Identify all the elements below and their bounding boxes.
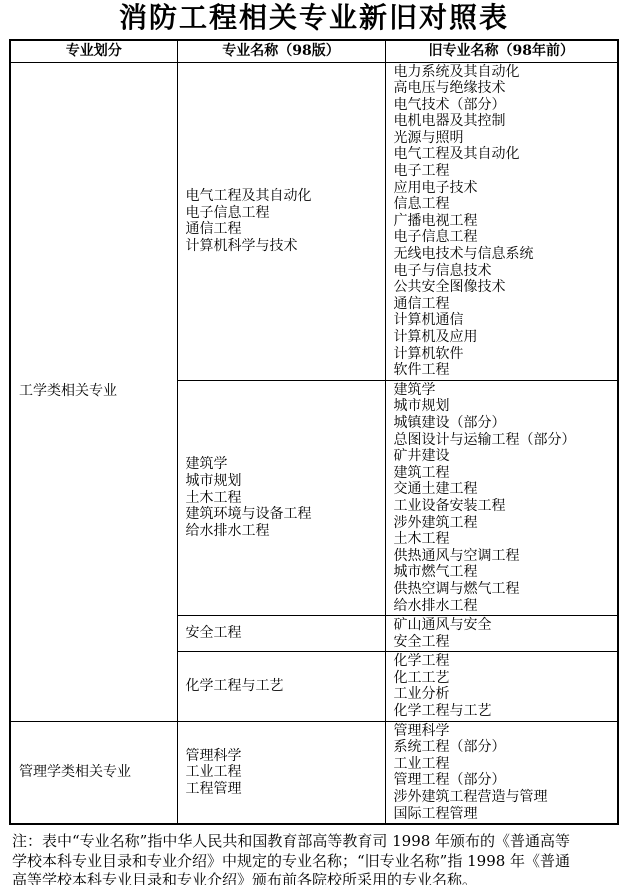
table-row: 管理学类相关专业 管理科学 工业工程 工程管理 管理科学 系统工程（部分） 工业… xyxy=(10,721,618,824)
majors-comparison-table: 专业划分 专业名称（98版） 旧专业名称（98年前） 工学类相关专业 电气工程及… xyxy=(9,39,619,825)
header-old-major-name: 旧专业名称（98年前） xyxy=(385,40,618,62)
table-row: 工学类相关专业 电气工程及其自动化 电子信息工程 通信工程 计算机科学与技术 电… xyxy=(10,62,618,380)
division-cell-management: 管理学类相关专业 xyxy=(10,721,177,824)
majors-cell: 电气工程及其自动化 电子信息工程 通信工程 计算机科学与技术 xyxy=(177,62,385,380)
old-majors-cell: 矿山通风与安全 安全工程 xyxy=(385,616,618,652)
header-major-name-98: 专业名称（98版） xyxy=(177,40,385,62)
majors-cell: 管理科学 工业工程 工程管理 xyxy=(177,721,385,824)
footnote: 注：表中“专业名称”指中华人民共和国教育部高等教育司 1998 年颁布的《普通高… xyxy=(12,832,616,885)
old-majors-cell: 管理科学 系统工程（部分） 工业工程 管理工程（部分） 涉外建筑工程营造与管理 … xyxy=(385,721,618,824)
division-cell-engineering: 工学类相关专业 xyxy=(10,62,177,721)
table-header: 专业划分 专业名称（98版） 旧专业名称（98年前） xyxy=(10,40,618,62)
majors-cell: 建筑学 城市规划 土木工程 建筑环境与设备工程 给水排水工程 xyxy=(177,380,385,615)
old-majors-cell: 化学工程 化工工艺 工业分析 化学工程与工艺 xyxy=(385,652,618,721)
header-division: 专业划分 xyxy=(10,40,177,62)
majors-cell: 安全工程 xyxy=(177,616,385,652)
old-majors-cell: 电力系统及其自动化 高电压与绝缘技术 电气技术（部分） 电机电器及其控制 光源与… xyxy=(385,62,618,380)
document-page: 消防工程相关专业新旧对照表 专业划分 专业名称（98版） 旧专业名称（98年前）… xyxy=(0,0,628,885)
old-majors-cell: 建筑学 城市规划 城镇建设（部分） 总图设计与运输工程（部分） 矿井建设 建筑工… xyxy=(385,380,618,615)
page-title: 消防工程相关专业新旧对照表 xyxy=(0,2,628,34)
header-row: 专业划分 专业名称（98版） 旧专业名称（98年前） xyxy=(10,40,618,62)
majors-cell: 化学工程与工艺 xyxy=(177,652,385,721)
